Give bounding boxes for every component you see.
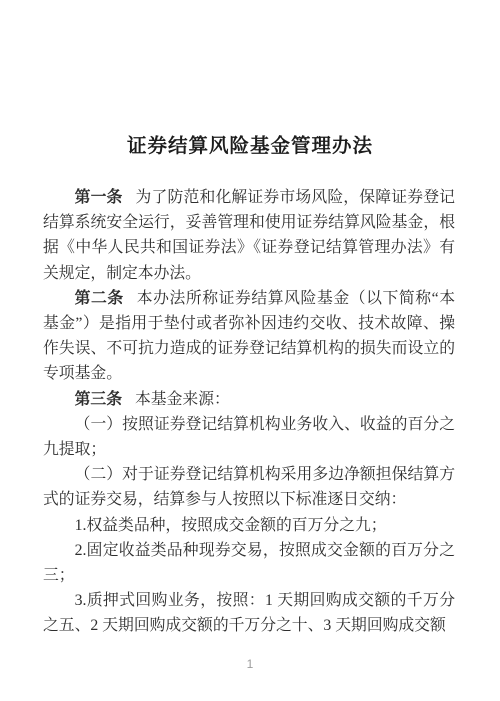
- article-number: 第一条: [75, 189, 123, 206]
- document-title: 证券结算风险基金管理办法: [0, 0, 500, 161]
- article-number: 第二条: [75, 290, 124, 307]
- paragraph: （一）按照证券登记结算机构业务收入、收益的百分之九提取；: [43, 412, 455, 462]
- article-number: 第三条: [75, 391, 122, 408]
- document-page: 证券结算风险基金管理办法 第一条为了防范和化解证券市场风险，保障证券登记结算系统…: [0, 0, 500, 701]
- paragraph: 第二条本办法所称证券结算风险基金（以下简称“本基金”）是指用于垫付或者弥补因违约…: [43, 286, 455, 387]
- paragraph: 2.固定收益类品种现券交易，按照成交金额的百万分之三；: [43, 538, 455, 588]
- paragraph: （二）对于证券登记结算机构采用多边净额担保结算方式的证券交易，结算参与人按照以下…: [43, 462, 455, 512]
- paragraph: 1.权益类品种，按照成交金额的百万分之九；: [43, 513, 455, 538]
- paragraph: 第三条本基金来源：: [43, 387, 455, 412]
- page-number: 1: [0, 657, 500, 671]
- paragraph: 3.质押式回购业务，按照：1 天期回购成交额的千万分之五、2 天期回购成交额的千…: [43, 588, 455, 638]
- document-body: 第一条为了防范和化解证券市场风险，保障证券登记结算系统安全运行，妥善管理和使用证…: [0, 185, 500, 639]
- paragraph: 第一条为了防范和化解证券市场风险，保障证券登记结算系统安全运行，妥善管理和使用证…: [43, 185, 455, 286]
